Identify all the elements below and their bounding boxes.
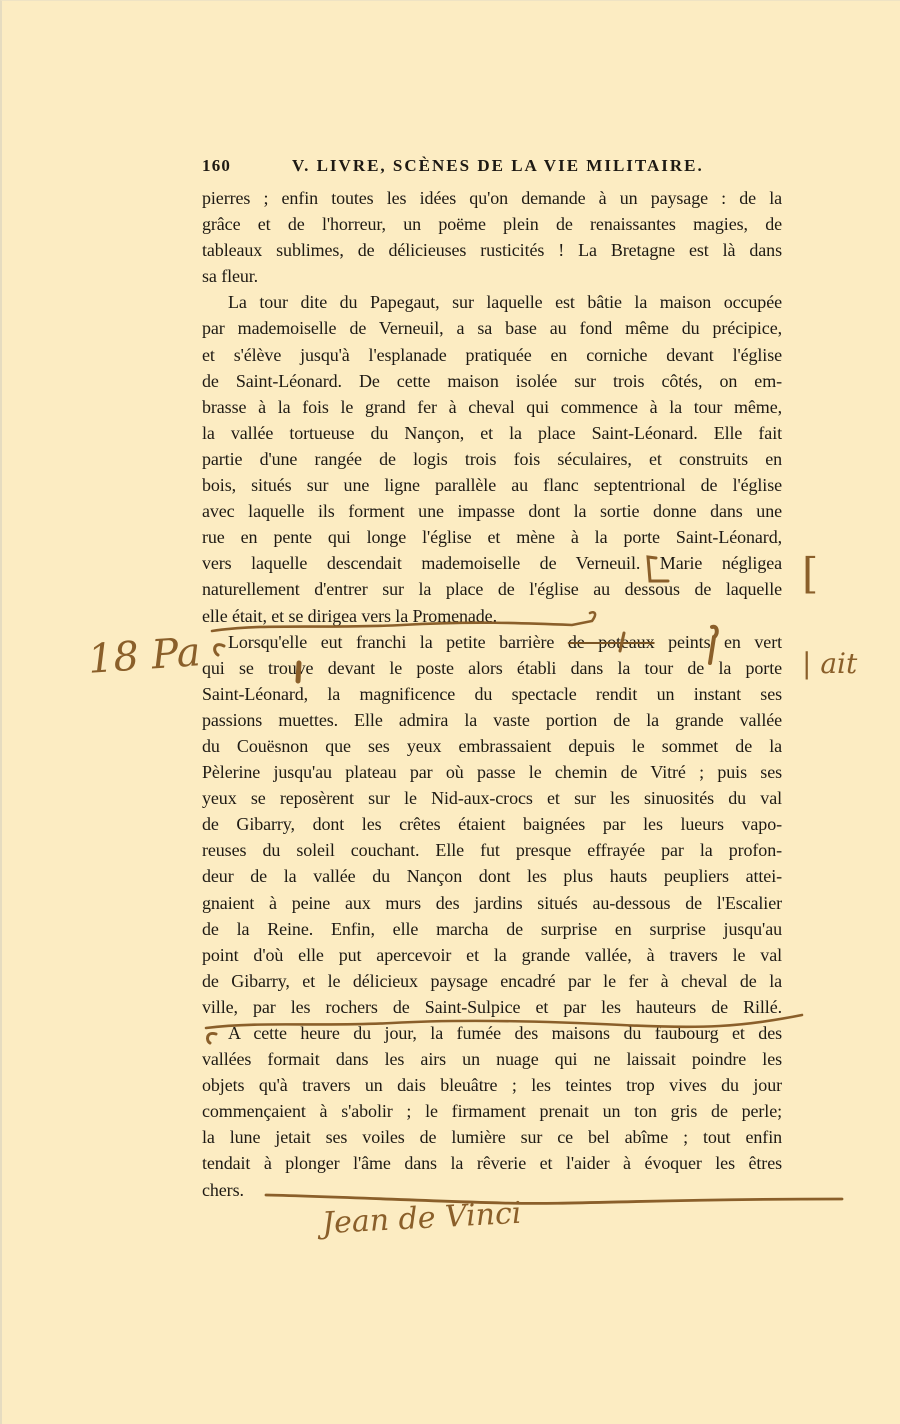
text-line: ville, par les rochers de Saint-Sulpice … bbox=[202, 994, 782, 1020]
text-line: yeux se reposèrent sur le Nid-aux-crocs … bbox=[202, 785, 782, 811]
text-line: gnaient à peine aux murs des jardins sit… bbox=[202, 890, 782, 916]
page-number: 160 bbox=[202, 156, 292, 176]
text-line: tableaux sublimes, de délicieuses rustic… bbox=[202, 237, 782, 263]
text-line: du Couësnon que ses yeux embrassaient de… bbox=[202, 733, 782, 759]
text-line: vers laquelle descendait mademoiselle de… bbox=[202, 550, 782, 576]
text-line: brasse à la fois le grand fer à cheval q… bbox=[202, 394, 782, 420]
text-line: passions muettes. Elle admira la vaste p… bbox=[202, 707, 782, 733]
text-line: tendait à plonger l'âme dans la rêverie … bbox=[202, 1150, 782, 1176]
text-line: Pèlerine jusqu'au plateau par où passe l… bbox=[202, 759, 782, 785]
text-line: la vallée tortueuse du Nançon, et la pla… bbox=[202, 420, 782, 446]
right-margin-bracket: [ bbox=[802, 549, 818, 598]
text-line: de Gibarry, et le délicieux paysage enca… bbox=[202, 968, 782, 994]
text-line: sa fleur. bbox=[202, 263, 782, 289]
text-line: avec laquelle ils forment une impasse do… bbox=[202, 498, 782, 524]
running-title: V. LIVRE, SCÈNES DE LA VIE MILITAIRE. bbox=[292, 156, 704, 176]
book-page: 160 V. LIVRE, SCÈNES DE LA VIE MILITAIRE… bbox=[0, 0, 900, 1424]
text-line: la lune jetait ses voiles de lumière sur… bbox=[202, 1124, 782, 1150]
struck-text: de poteaux bbox=[568, 632, 655, 652]
text-line: rue en pente qui longe l'église et mène … bbox=[202, 524, 782, 550]
paragraph-start-line: A cette heure du jour, la fumée des mais… bbox=[202, 1020, 782, 1046]
text-line: par mademoiselle de Verneuil, a sa base … bbox=[202, 315, 782, 341]
text-line: partie d'une rangée de logis trois fois … bbox=[202, 446, 782, 472]
text-line: bois, situés sur une ligne parallèle au … bbox=[202, 472, 782, 498]
line-text: peints en vert bbox=[655, 632, 783, 652]
paragraph-start-line: La tour dite du Papegaut, sur laquelle e… bbox=[202, 289, 782, 315]
text-line: de la Reine. Enfin, elle marcha de surpr… bbox=[202, 916, 782, 942]
body-text: pierres ; enfin toutes les idées qu'on d… bbox=[202, 185, 782, 1203]
text-line: grâce et de l'horreur, un poëme plein de… bbox=[202, 211, 782, 237]
text-line: de Saint-Léonard. De cette maison isolée… bbox=[202, 368, 782, 394]
text-line: commençaient à s'abolir ; le firmament p… bbox=[202, 1098, 782, 1124]
text-line: qui se trouve devant le poste alors étab… bbox=[202, 655, 782, 681]
page-header: 160 V. LIVRE, SCÈNES DE LA VIE MILITAIRE… bbox=[202, 156, 782, 182]
text-line: de Gibarry, dont les crêtes étaient baig… bbox=[202, 811, 782, 837]
text-line: objets qu'à travers un dais bleuâtre ; l… bbox=[202, 1072, 782, 1098]
left-margin-annotation: 18 Pa bbox=[87, 629, 203, 683]
text-line: vallées formait dans les airs un nuage q… bbox=[202, 1046, 782, 1072]
right-margin-annotation: | ait bbox=[802, 647, 857, 680]
text-line: et s'élève jusqu'à l'esplanade pratiquée… bbox=[202, 342, 782, 368]
text-line: reuses du soleil couchant. Elle fut pres… bbox=[202, 837, 782, 863]
text-line: Saint-Léonard, la magnificence du specta… bbox=[202, 681, 782, 707]
text-line: naturellement d'entrer sur la place de l… bbox=[202, 576, 782, 602]
paragraph-start-line: Lorsqu'elle eut franchi la petite barriè… bbox=[202, 629, 782, 655]
text-line: pierres ; enfin toutes les idées qu'on d… bbox=[202, 185, 782, 211]
text-line: point d'où elle put apercevoir et la gra… bbox=[202, 942, 782, 968]
text-line: deur de la vallée du Nançon dont les plu… bbox=[202, 863, 782, 889]
line-text: Lorsqu'elle eut franchi la petite barriè… bbox=[228, 632, 568, 652]
text-line: elle était, et se dirigea vers la Promen… bbox=[202, 603, 782, 629]
